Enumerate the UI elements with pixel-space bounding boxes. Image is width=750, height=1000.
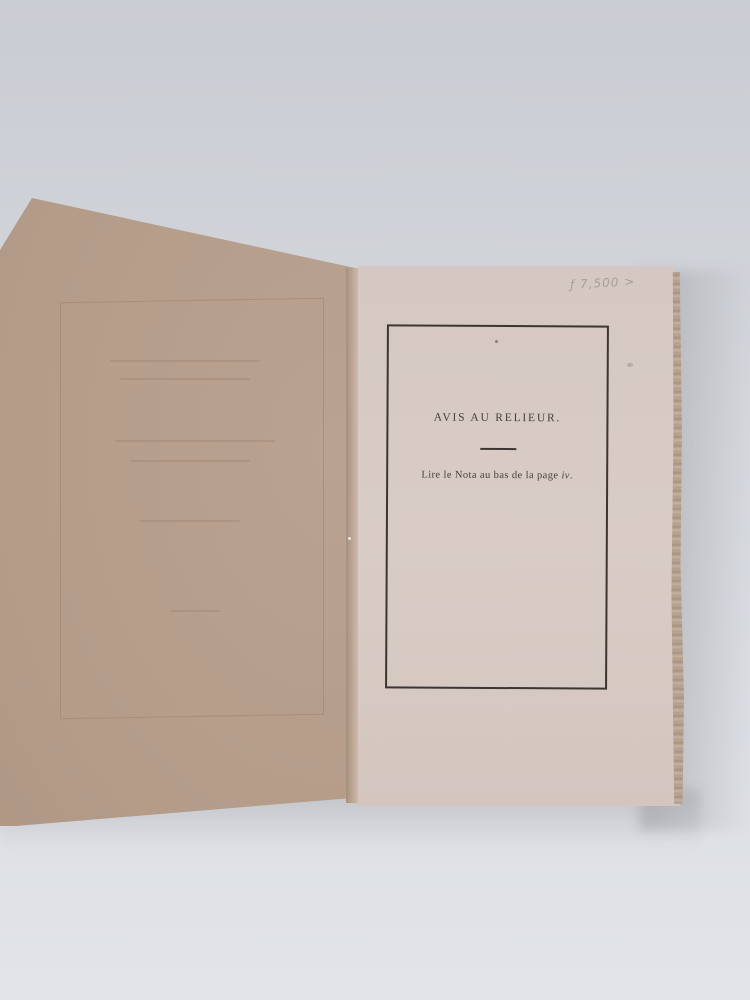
showthrough-line — [115, 440, 275, 442]
showthrough-line — [120, 378, 250, 380]
showthrough-line — [170, 610, 220, 612]
paper-speck — [348, 537, 351, 540]
showthrough-line — [130, 460, 250, 462]
showthrough-line — [140, 520, 240, 522]
paper-speck — [627, 363, 633, 367]
notice-title: AVIS AU RELIEUR. — [388, 411, 606, 424]
notice-page-ref: iv — [561, 470, 569, 481]
notice-text-prefix: Lire le Nota au bas de la page — [421, 470, 561, 482]
showthrough-line — [110, 360, 260, 362]
paper-speck — [495, 340, 498, 343]
notice-text: Lire le Nota au bas de la page iv. — [388, 469, 606, 481]
notice-text-suffix: . — [570, 470, 573, 481]
notice-frame: AVIS AU RELIEUR. Lire le Nota au bas de … — [385, 324, 609, 689]
notice-rule — [480, 448, 516, 450]
